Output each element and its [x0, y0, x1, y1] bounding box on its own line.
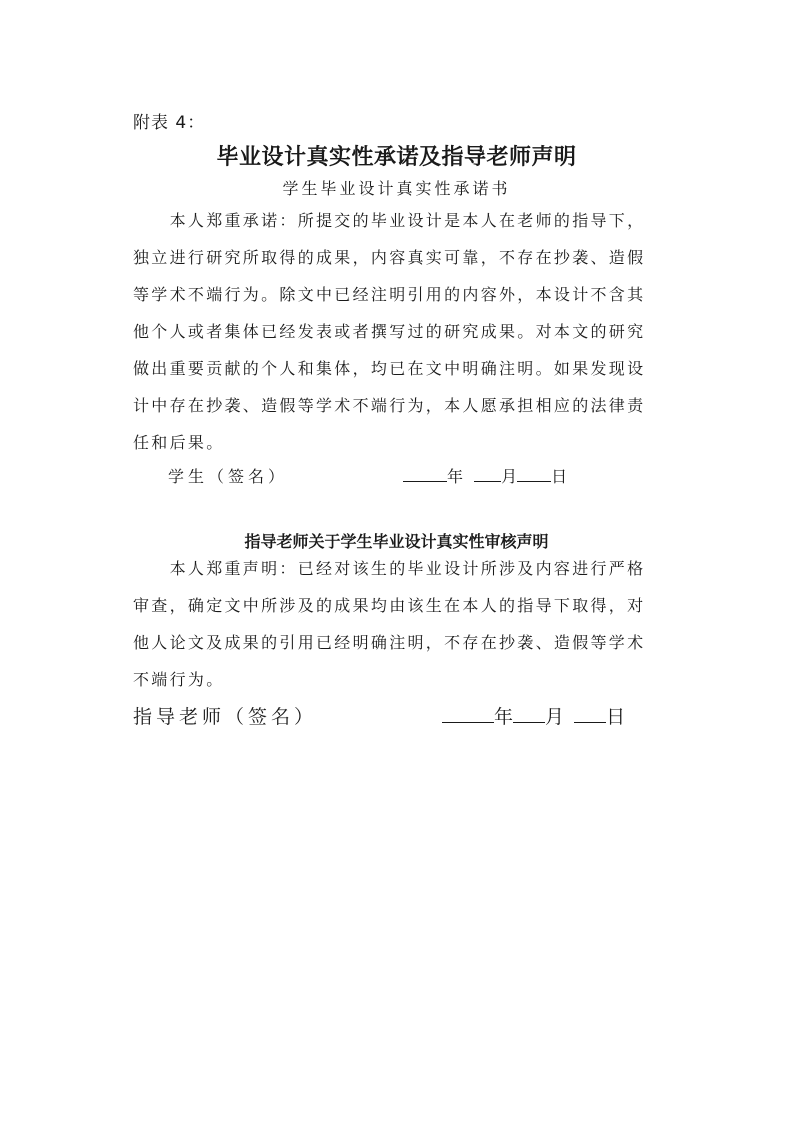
month-label: 月 — [501, 467, 517, 486]
year-label: 年 — [494, 706, 513, 728]
paragraph-line: 审查，确定文中所涉及的成果均由该生在本人的指导下取得，对 — [133, 593, 645, 616]
paragraph-line: 做出重要贡献的个人和集体，均已在文中明确注明。如果发现设 — [133, 356, 645, 379]
student-signature-label: 学生（签名） — [168, 464, 288, 487]
paragraph-line: 本人郑重承诺：所提交的毕业设计是本人在老师的指导下， — [133, 208, 645, 231]
paragraph-line: 任和后果。 — [133, 430, 225, 453]
year-label: 年 — [447, 467, 463, 486]
month-blank[interactable] — [513, 721, 545, 723]
day-blank[interactable] — [574, 721, 606, 723]
paragraph-line: 等学术不端行为。除文中已经注明引用的内容外，本设计不含其 — [133, 282, 645, 305]
teacher-date: 年月 日 — [442, 702, 625, 729]
year-blank[interactable] — [403, 480, 447, 482]
month-blank[interactable] — [474, 480, 501, 482]
paragraph-line: 他人论文及成果的引用已经明确注明，不存在抄袭、造假等学术 — [133, 630, 645, 653]
document-title: 毕业设计真实性承诺及指导老师声明 — [0, 140, 793, 171]
section2-title: 指导老师关于学生毕业设计真实性审核声明 — [0, 529, 793, 552]
month-label: 月 — [545, 706, 564, 728]
paragraph-line: 计中存在抄袭、造假等学术不端行为，本人愿承担相应的法律责 — [133, 393, 645, 416]
year-blank[interactable] — [442, 721, 494, 723]
paragraph-line: 独立进行研究所取得的成果，内容真实可靠，不存在抄袭、造假 — [133, 245, 645, 268]
paragraph-line: 本人郑重声明：已经对该生的毕业设计所涉及内容进行严格 — [133, 556, 645, 579]
day-label: 日 — [551, 467, 567, 486]
paragraph-line: 他个人或者集体已经发表或者撰写过的研究成果。对本文的研究 — [133, 319, 645, 342]
paragraph-line: 不端行为。 — [133, 667, 225, 690]
attachment-label: 附表 4： — [133, 108, 205, 133]
teacher-signature-label: 指导老师（签名） — [133, 702, 317, 729]
day-blank[interactable] — [517, 480, 551, 482]
section1-title: 学生毕业设计真实性承诺书 — [0, 176, 793, 199]
student-date: 年 月日 — [403, 464, 567, 487]
day-label: 日 — [606, 706, 625, 728]
document-page: 附表 4： 毕业设计真实性承诺及指导老师声明 学生毕业设计真实性承诺书 本人郑重… — [0, 0, 793, 1122]
